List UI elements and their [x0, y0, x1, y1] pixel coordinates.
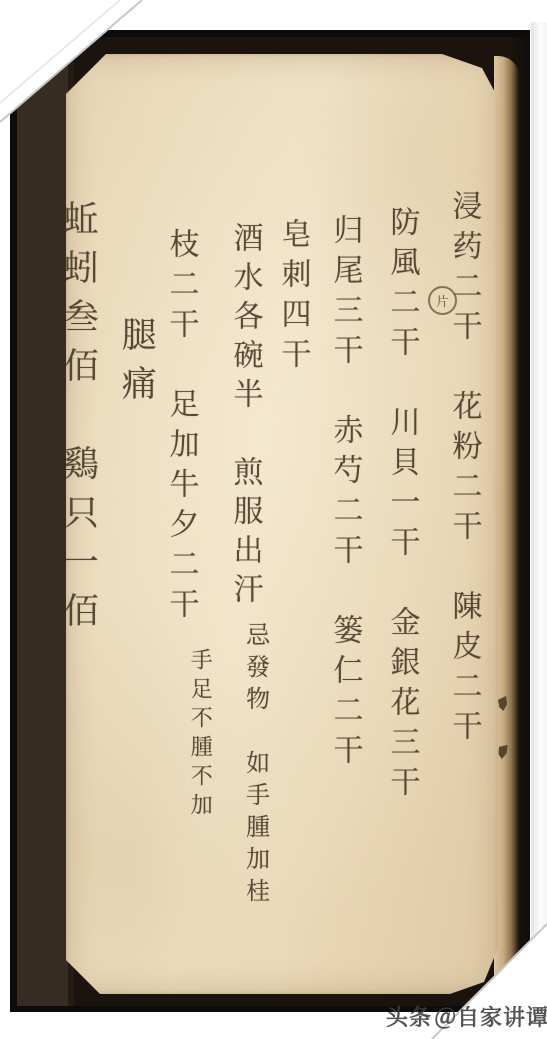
circled-insertion-note: 片: [428, 286, 457, 315]
manuscript-column-7: 蚯蚓叁佰 鷄只一佰: [58, 200, 98, 641]
manuscript-page: [66, 54, 498, 994]
watermark-brand-logo: 头条: [386, 1006, 432, 1031]
watermark-handle: ＠自家讲谭: [434, 1006, 547, 1031]
manuscript-column-5: 酒水各碗半 煎服出汗: [227, 222, 262, 612]
manuscript-column-6-note: 手足不腫不加: [187, 648, 212, 822]
page-curl-top-left: [0, 0, 150, 130]
section-heading-leg-pain: 腿痛: [116, 316, 156, 414]
manuscript-column-2: 防風二干 川貝一干 金銀花三干: [384, 206, 419, 806]
cutoff-ink-fragment: [498, 696, 507, 711]
manuscript-column-6: 枝二干 足加牛夕二干: [163, 228, 198, 628]
watermark: 头条＠自家讲谭: [386, 1001, 547, 1032]
manuscript-column-5-note: 忌發物 如手腫加桂: [241, 622, 269, 910]
cutoff-ink-fragment: [497, 743, 509, 760]
manuscript-column-3: 归尾三干 赤芍二干 篓仁二干: [327, 214, 362, 774]
photo-of-manuscript: 浸药二干 花粉二干 陳皮二干 片 防風二干 川貝一干 金銀花三干 归尾三干 赤芍…: [0, 0, 547, 1039]
manuscript-column-4: 皂刺四干: [275, 218, 310, 378]
photo-right-edge-shading: [531, 22, 547, 1018]
manuscript-column-1: 浸药二干 花粉二干 陳皮二干: [446, 190, 481, 750]
